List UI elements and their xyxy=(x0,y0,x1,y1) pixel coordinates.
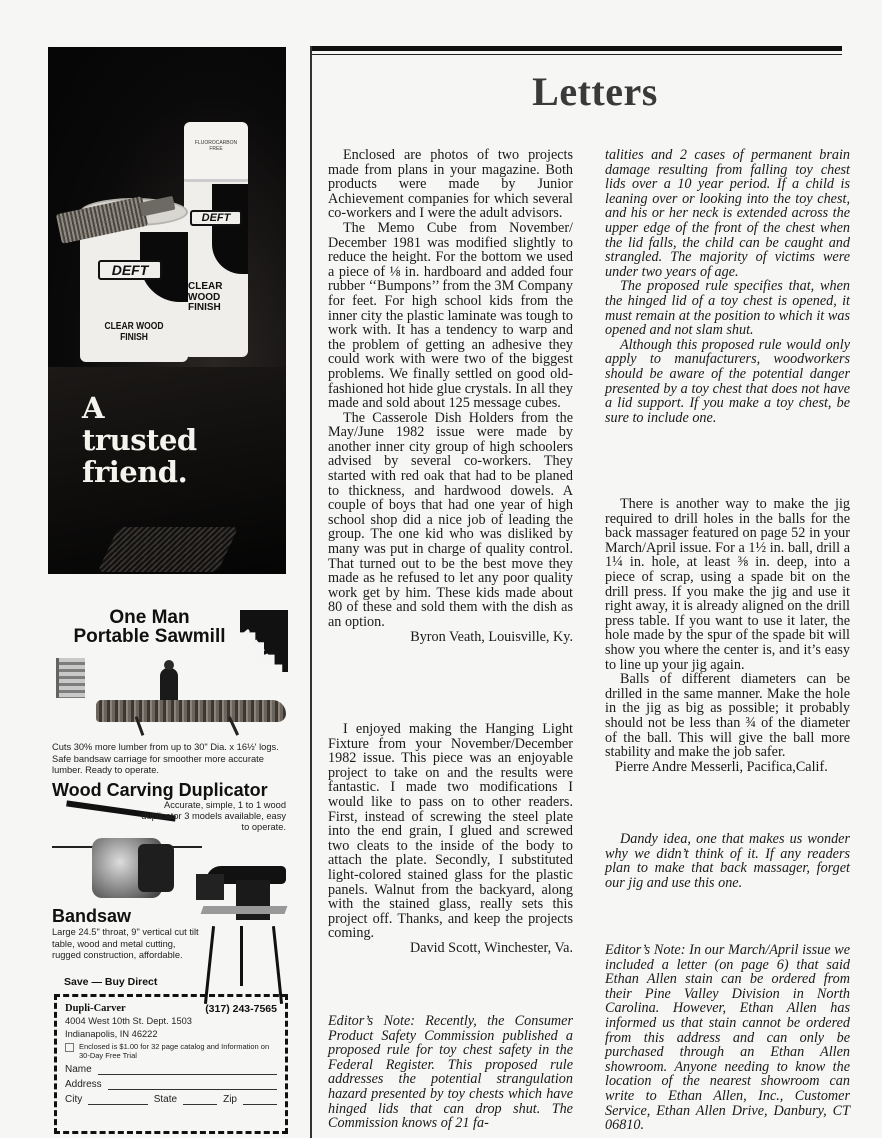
letter-paragraph: The Casserole Dish Holders from the May/… xyxy=(328,411,573,630)
editor-note-paragraph: Editor’s Note: In our March/April issue … xyxy=(605,943,850,1133)
tagline-line-1: A xyxy=(82,392,197,424)
letter-david-scott: I enjoyed making the Hanging Light Fixtu… xyxy=(328,722,573,956)
page-title: Letters xyxy=(460,68,730,115)
address-line-1: 4004 West 10th St. Dept. 1503 xyxy=(65,1015,277,1028)
letter-paragraph: Balls of different diameters can be dril… xyxy=(605,672,850,760)
editor-note-paragraph: The proposed rule specifies that, when t… xyxy=(605,279,850,337)
bandsaw-table xyxy=(201,906,288,914)
checkbox-icon[interactable] xyxy=(65,1043,74,1052)
tall-can-label: CLEAR WOOD FINISH xyxy=(188,282,244,314)
name-field[interactable]: Name xyxy=(65,1064,277,1075)
blurred-brush-image xyxy=(98,527,239,572)
deft-logo: DEFT xyxy=(98,260,162,280)
header-rule-thick xyxy=(310,46,842,51)
zip-label: Zip xyxy=(223,1094,237,1105)
state-label: State xyxy=(154,1094,177,1105)
sawmill-headline: One Man Portable Sawmill xyxy=(52,608,247,646)
editor-reply-massager: Dandy idea, one that makes us wonder why… xyxy=(605,832,850,890)
letter-signature: Pierre Andre Messerli, Pacifica,Calif. xyxy=(605,760,850,775)
tall-label-line-1: CLEAR xyxy=(188,281,222,292)
ad-tagline: A trusted friend. xyxy=(82,392,197,488)
deft-logo: DEFT xyxy=(190,210,242,226)
editor-reply-paragraph: Dandy idea, one that makes us wonder why… xyxy=(605,832,850,890)
operator-figure xyxy=(160,668,178,704)
tall-label-line-2: WOOD FINISH xyxy=(188,292,221,314)
log-image xyxy=(96,700,286,722)
sawmill-title-line-2: Portable Sawmill xyxy=(52,627,247,646)
address-line-2: Indianapolis, IN 46222 xyxy=(65,1028,277,1041)
sawmill-title-line-1: One Man xyxy=(52,608,247,627)
address-label: Address xyxy=(65,1079,102,1090)
sawmill-image xyxy=(56,658,286,738)
letter-signature: Byron Veath, Louisville, Ky. xyxy=(328,630,573,645)
name-label: Name xyxy=(65,1064,92,1075)
sawmill-description: Cuts 30% more lumber from up to 30" Dia.… xyxy=(52,742,288,777)
letter-paragraph: There is another way to make the jig req… xyxy=(605,497,850,672)
zip-blank[interactable] xyxy=(243,1094,277,1105)
duplicator-headline: Wood Carving Duplicator xyxy=(52,780,268,801)
bandsaw-head xyxy=(196,874,224,900)
company-name: Dupli-Carver xyxy=(65,1003,126,1015)
bandsaw-description: Large 24.5" throat, 9" vertical cut tilt… xyxy=(52,927,202,962)
editor-note-ethan-allen: Editor’s Note: In our March/April issue … xyxy=(605,943,850,1133)
name-blank[interactable] xyxy=(98,1064,277,1075)
bandsaw-leg xyxy=(240,926,243,986)
address-field[interactable]: Address xyxy=(65,1079,277,1090)
deft-spray-can-image: FLUOROCARBON FREE DEFT CLEAR WOOD FINISH xyxy=(184,122,248,357)
cap-label: FLUOROCARBON FREE xyxy=(188,140,244,152)
duplicator-description: Accurate, simple, 1 to 1 wood duplicator… xyxy=(136,800,286,833)
bandsaw-leg xyxy=(204,926,215,1004)
address-blank[interactable] xyxy=(108,1079,277,1090)
letter-byron-veath: Enclosed are photos of two projects made… xyxy=(328,148,573,644)
coupon-header: Dupli-Carver (317) 243-7565 xyxy=(65,1003,277,1015)
duplicator-block xyxy=(138,844,174,892)
letter-paragraph: The Memo Cube from November/ December 19… xyxy=(328,221,573,411)
letter-signature: David Scott, Winchester, Va. xyxy=(328,941,573,956)
column-rule xyxy=(310,46,312,1138)
letter-pierre-messerli: There is another way to make the jig req… xyxy=(605,497,850,774)
editor-note-paragraph: Although this proposed rule would only a… xyxy=(605,338,850,426)
letter-paragraph: Enclosed are photos of two projects made… xyxy=(328,148,573,221)
city-blank[interactable] xyxy=(88,1094,148,1105)
catalog-option-label: Enclosed is $1.00 for 32 page catalog an… xyxy=(79,1042,277,1060)
state-blank[interactable] xyxy=(183,1094,217,1105)
editor-note-paragraph: talities and 2 cases of permanent brain … xyxy=(605,148,850,279)
order-coupon: Dupli-Carver (317) 243-7565 4004 West 10… xyxy=(54,994,288,1134)
phone-number: (317) 243-7565 xyxy=(205,1003,277,1015)
bandsaw-image xyxy=(196,866,291,1006)
editor-note-toy-chest-continued: talities and 2 cases of permanent brain … xyxy=(605,148,850,425)
big-can-label: CLEAR WOOD FINISH xyxy=(92,322,177,343)
city-label: City xyxy=(65,1094,82,1105)
city-state-zip-field[interactable]: City State Zip xyxy=(65,1094,277,1105)
swoosh-graphic xyxy=(212,184,248,274)
spray-cap: FLUOROCARBON FREE xyxy=(184,122,248,182)
header-rule-thin xyxy=(310,54,842,55)
tagline-line-2: trusted xyxy=(82,424,197,456)
bandsaw-headline: Bandsaw xyxy=(52,906,131,927)
letter-paragraph: I enjoyed making the Hanging Light Fixtu… xyxy=(328,722,573,941)
tagline-line-3: friend. xyxy=(82,456,197,488)
bandsaw-leg xyxy=(272,926,283,1004)
deft-wood-finish-ad: FLUOROCARBON FREE DEFT CLEAR WOOD FINISH… xyxy=(48,47,286,574)
catalog-option[interactable]: Enclosed is $1.00 for 32 page catalog an… xyxy=(65,1042,277,1060)
editor-note-toy-chest: Editor’s Note: Recently, the Consumer Pr… xyxy=(328,1014,573,1131)
bandsaw-body xyxy=(236,880,270,920)
editor-note-paragraph: Editor’s Note: Recently, the Consumer Pr… xyxy=(328,1014,573,1131)
sawmill-frame xyxy=(56,658,85,698)
save-buy-direct: Save — Buy Direct xyxy=(64,976,157,988)
